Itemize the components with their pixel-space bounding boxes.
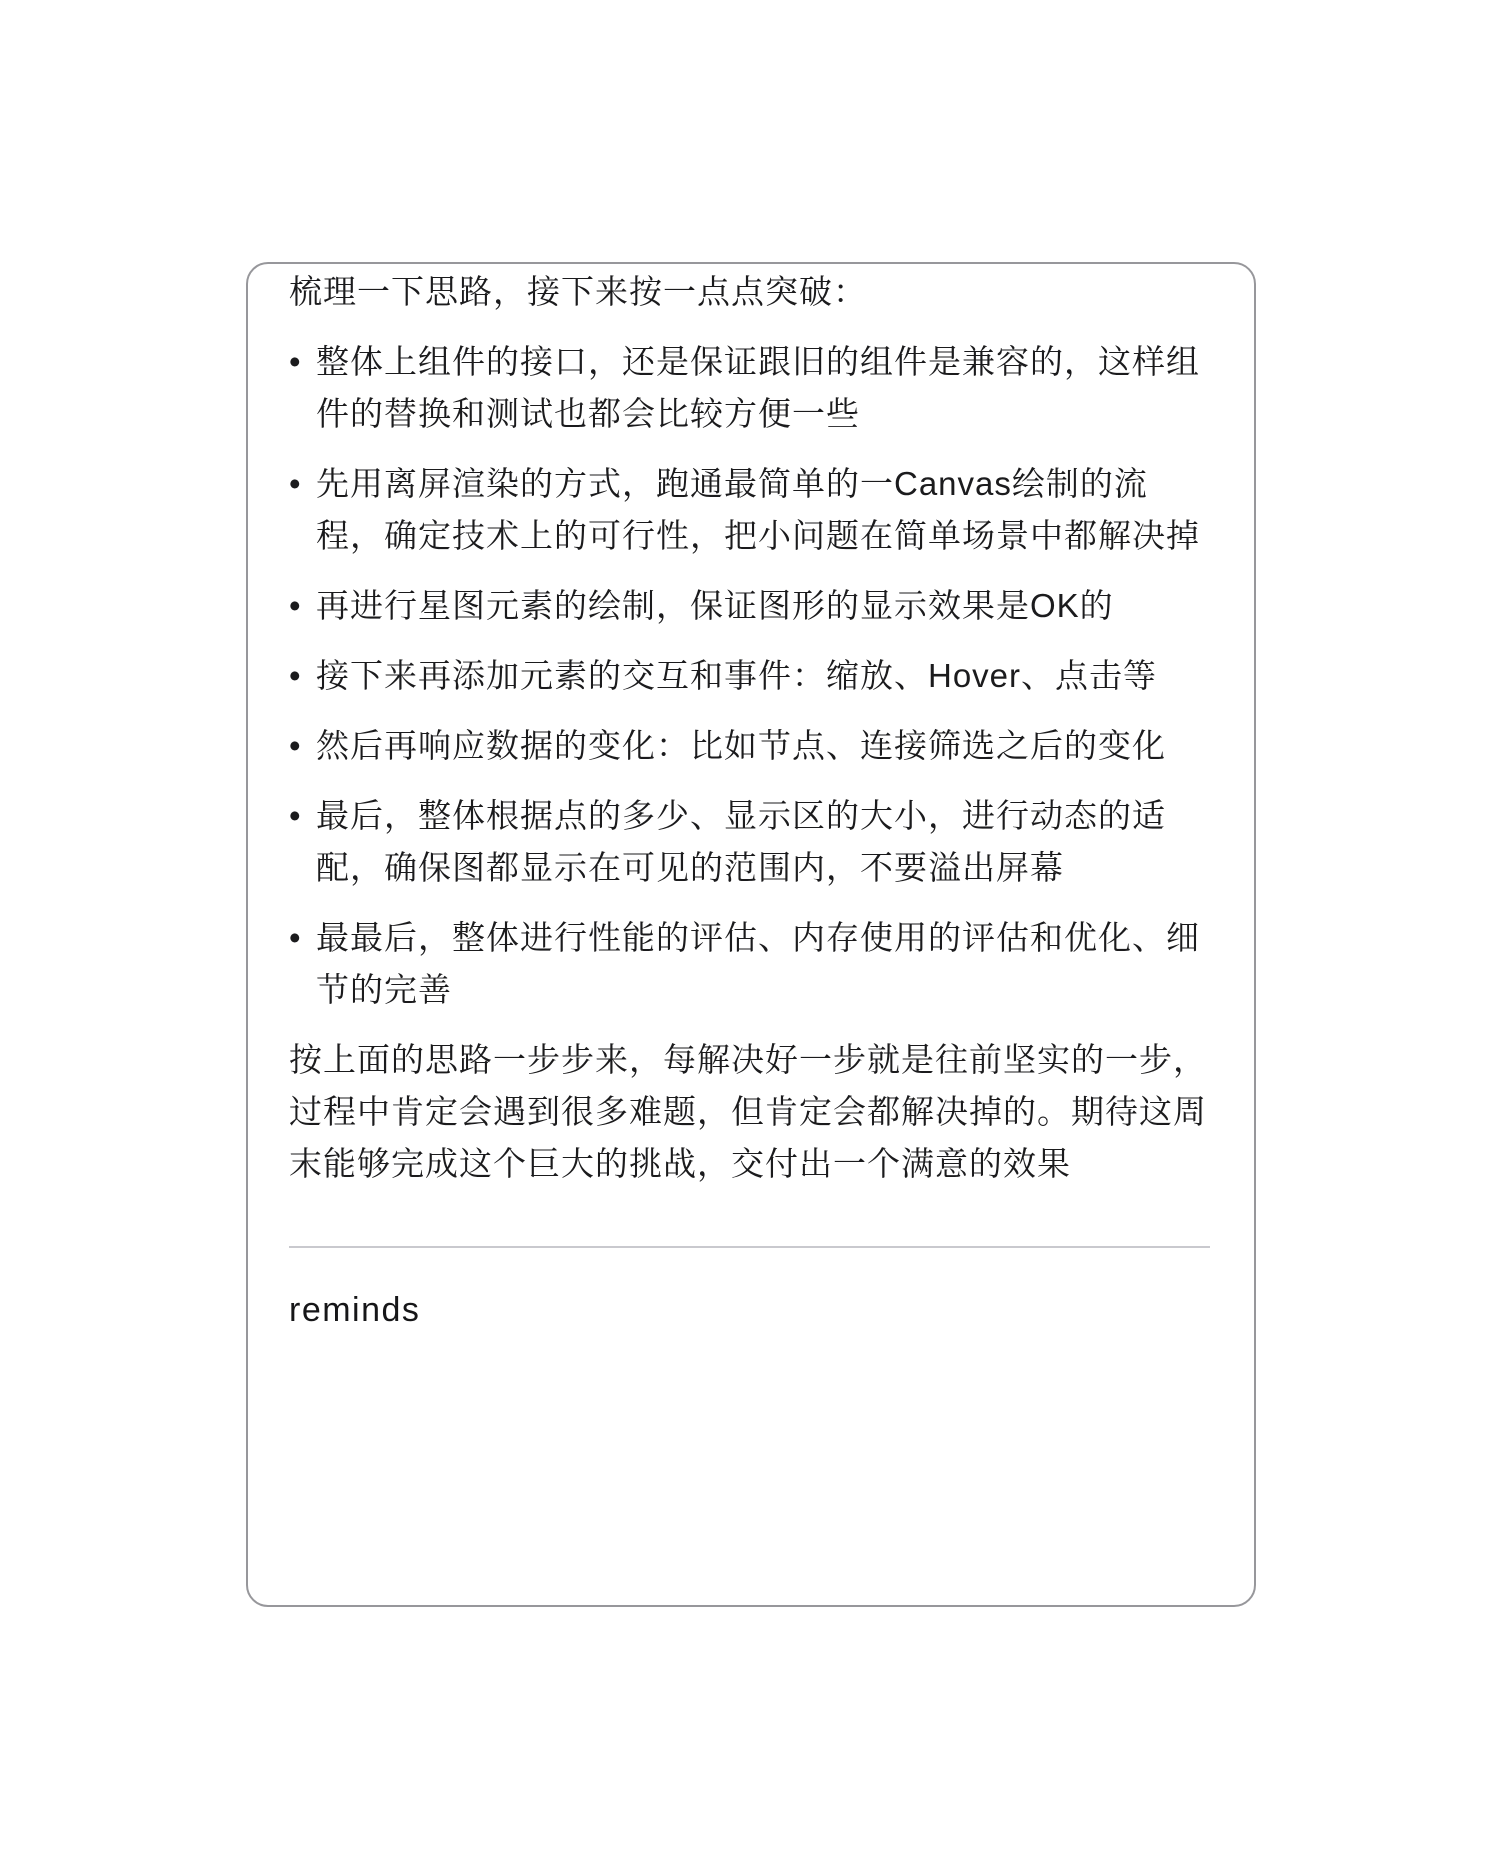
list-item: • 先用离屏渲染的方式，跑通最简单的一Canvas绘制的流程，确定技术上的可行性… xyxy=(289,458,1210,562)
bullet-icon: • xyxy=(289,912,309,964)
bullet-icon: • xyxy=(289,458,309,510)
list-item: • 最后，整体根据点的多少、显示区的大小，进行动态的适配，确保图都显示在可见的范… xyxy=(289,790,1210,894)
list-item-text: 再进行星图元素的绘制，保证图形的显示效果是OK的 xyxy=(316,587,1114,624)
list-item-text: 最最后，整体进行性能的评估、内存使用的评估和优化、细节的完善 xyxy=(316,919,1200,1008)
bullet-icon: • xyxy=(289,580,309,632)
list-item-text: 最后，整体根据点的多少、显示区的大小，进行动态的适配，确保图都显示在可见的范围内… xyxy=(316,797,1166,886)
list-item: • 接下来再添加元素的交互和事件：缩放、Hover、点击等 xyxy=(289,650,1210,702)
bullet-list: • 整体上组件的接口，还是保证跟旧的组件是兼容的，这样组件的替换和测试也都会比较… xyxy=(289,336,1210,1016)
bullet-icon: • xyxy=(289,720,309,772)
reminds-label: reminds xyxy=(289,1284,1210,1336)
list-item: • 最最后，整体进行性能的评估、内存使用的评估和优化、细节的完善 xyxy=(289,912,1210,1016)
bullet-icon: • xyxy=(289,650,309,702)
list-item-text: 先用离屏渲染的方式，跑通最简单的一Canvas绘制的流程，确定技术上的可行性，把… xyxy=(316,465,1200,554)
list-item-text: 整体上组件的接口，还是保证跟旧的组件是兼容的，这样组件的替换和测试也都会比较方便… xyxy=(316,343,1200,432)
closing-paragraph: 按上面的思路一步步来，每解决好一步就是往前坚实的一步，过程中肯定会遇到很多难题，… xyxy=(289,1034,1210,1190)
list-item: • 整体上组件的接口，还是保证跟旧的组件是兼容的，这样组件的替换和测试也都会比较… xyxy=(289,336,1210,440)
bullet-icon: • xyxy=(289,790,309,842)
note-card: 梳理一下思路，接下来按一点点突破： • 整体上组件的接口，还是保证跟旧的组件是兼… xyxy=(246,262,1256,1607)
divider xyxy=(289,1246,1210,1248)
page: 梳理一下思路，接下来按一点点突破： • 整体上组件的接口，还是保证跟旧的组件是兼… xyxy=(0,0,1500,1875)
bullet-icon: • xyxy=(289,336,309,388)
note-title: 梳理一下思路，接下来按一点点突破： xyxy=(289,266,1210,318)
list-item-text: 然后再响应数据的变化：比如节点、连接筛选之后的变化 xyxy=(316,727,1166,764)
list-item: • 然后再响应数据的变化：比如节点、连接筛选之后的变化 xyxy=(289,720,1210,772)
list-item: • 再进行星图元素的绘制，保证图形的显示效果是OK的 xyxy=(289,580,1210,632)
list-item-text: 接下来再添加元素的交互和事件：缩放、Hover、点击等 xyxy=(316,657,1157,694)
